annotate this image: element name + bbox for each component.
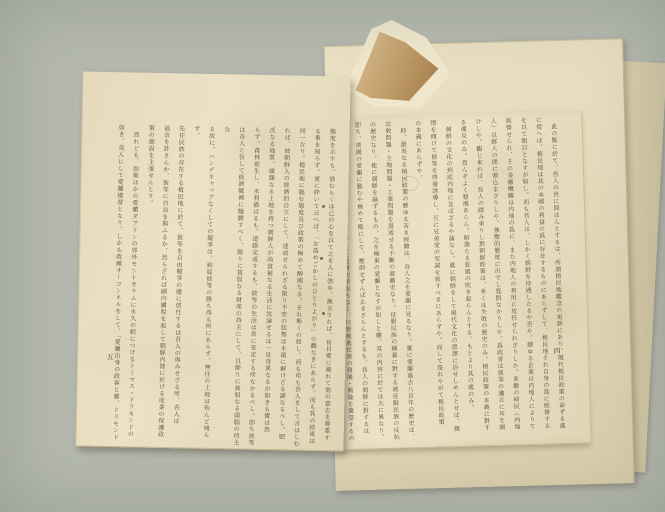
staple-speck xyxy=(322,205,325,208)
left-page-text-block: 態度を示すも、惜むらくは己の心を以て之を人に強ゆ。換言すれば、盲目愛に溺れて他の… xyxy=(103,124,339,450)
page-left-5: 態度を示すも、惜むらくは己の心を以て之を人に強ゆ。換言すれば、盲目愛に溺れて他の… xyxy=(75,71,350,451)
book-photo: 此の點に於て、吾人の世に問はんとするは、所謂植民地觀念の更新にあり。現代植民政策… xyxy=(0,0,665,512)
right-page-text-block: 此の點に於て、吾人の世に問はんとするは、所謂植民地觀念の更新にあり。現代植民政策… xyxy=(333,116,570,446)
staple-speck xyxy=(320,257,323,260)
folio-number-right: 四 xyxy=(552,347,562,354)
ring-stain xyxy=(402,176,419,191)
text-column: る故に、ハンデキャップなくしての競爭は、到底彼等の勝ち得る所にあらず。無住の土地… xyxy=(182,126,218,449)
folio-number-left: 五 xyxy=(105,353,115,360)
page-right-4: 此の點に於て、吾人の世に問はんとするは、所謂植民地觀念の更新にあり。現代植民政策… xyxy=(327,111,591,451)
text-column: は吾人と伍して經濟戰裡に馳騁すべく、餘りに貧弱なる財産の持主にして、且餘りに貧弱… xyxy=(213,126,249,449)
staple-speck xyxy=(322,312,325,315)
